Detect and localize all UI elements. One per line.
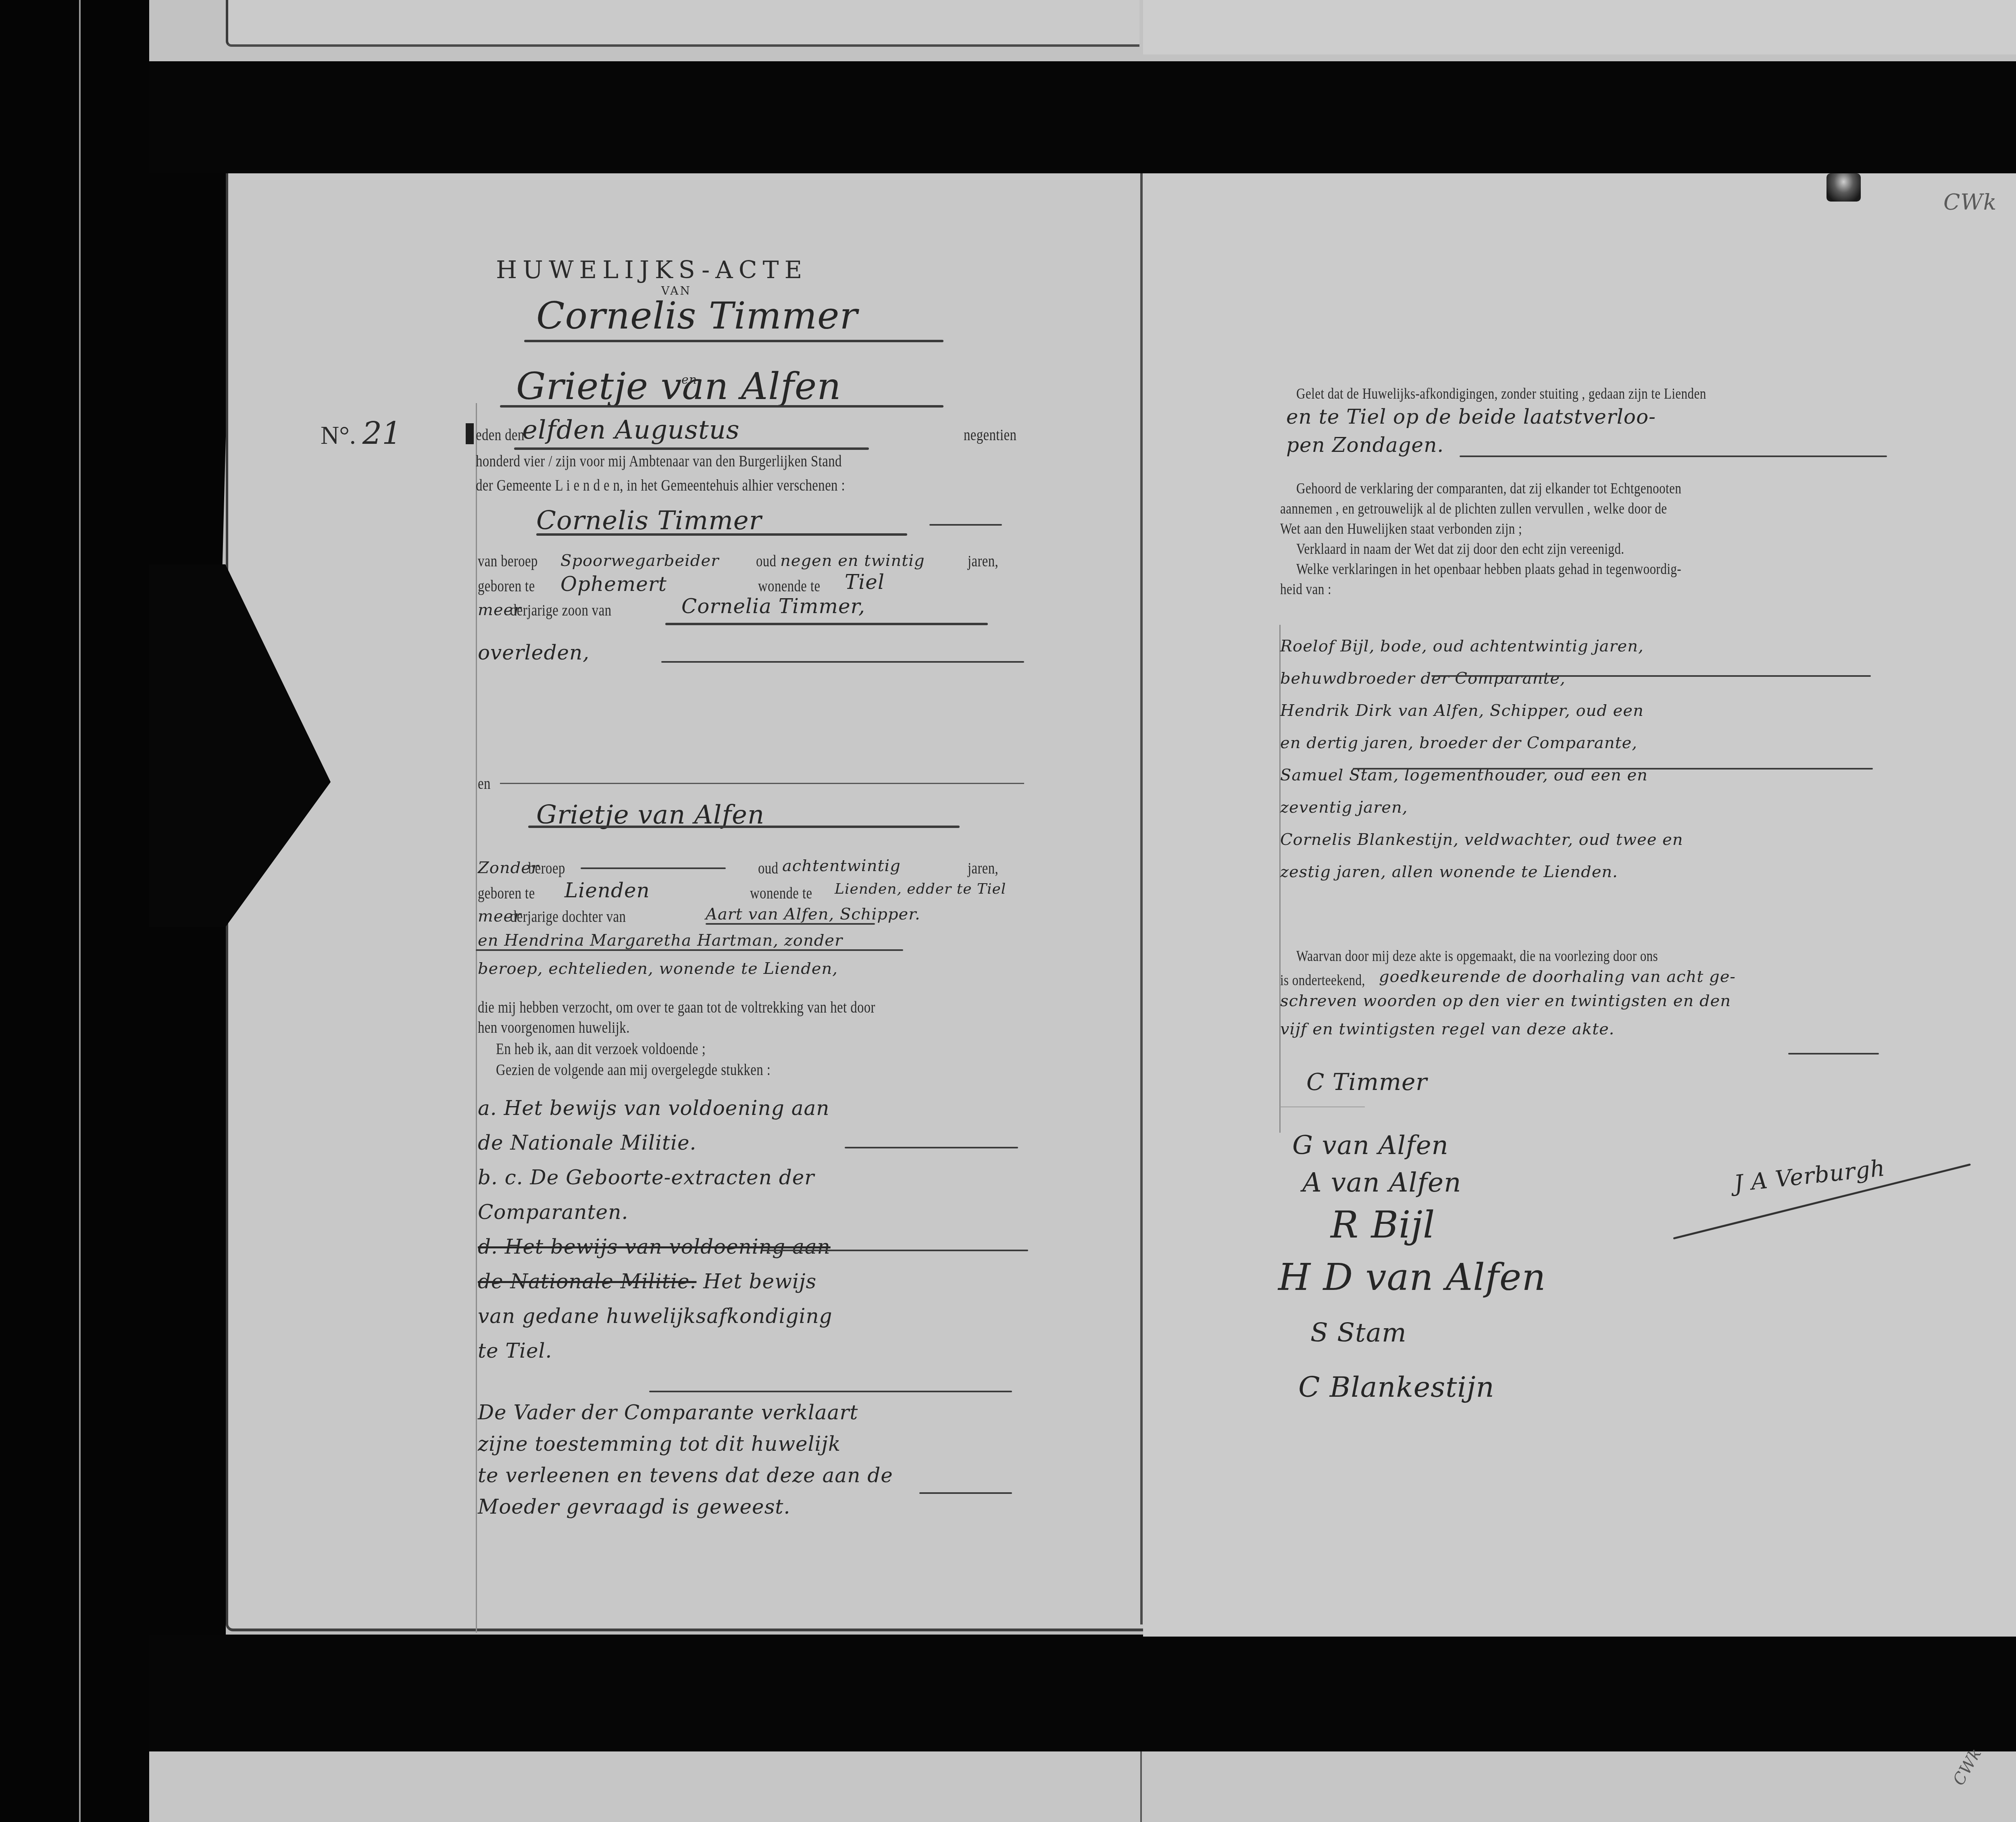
- groom-age-suffix: jaren,: [968, 551, 998, 570]
- witness-rule-1: [1431, 675, 1871, 677]
- doc-line-rule-3: [649, 1391, 1012, 1392]
- declaration-line: Verklaard in naam der Wet dat zij door d…: [1296, 540, 1624, 558]
- struck-text: de Nationale Militie.: [478, 1270, 696, 1293]
- groom-birthplace: Ophemert: [560, 572, 667, 596]
- witness-rule-2: [1353, 768, 1873, 770]
- signature-groom: C Timmer: [1306, 1068, 1427, 1096]
- document-text: de Nationale Militie.: [478, 1131, 696, 1154]
- en-label-line: [500, 783, 1024, 784]
- struck-text: d. Het bewijs van voldoening aan: [478, 1235, 831, 1258]
- signature-father: A van Alfen: [1302, 1167, 1462, 1198]
- register-number: N°. 21: [321, 415, 402, 451]
- witness-line: Roelof Bijl, bode, oud achtentwintig jar…: [1280, 637, 1644, 655]
- bride-father-underline: [706, 923, 875, 925]
- documents-intro: Gezien de volgende aan mij overgelegde s…: [496, 1060, 771, 1079]
- corner-initials: CWk: [1943, 189, 1997, 215]
- groom-son-label: derjarige zoon van: [510, 601, 611, 620]
- document-text: te Tiel.: [478, 1339, 552, 1362]
- bride-name-underline: [528, 826, 960, 828]
- document-text: van gedane huwelijksafkondiging: [478, 1304, 833, 1328]
- banns-hand-line2: pen Zondagen.: [1286, 433, 1444, 457]
- document-item: te Tiel.: [478, 1339, 552, 1362]
- groom-residing-label: wonende te: [758, 576, 820, 595]
- bride-age-label: oud: [758, 859, 778, 878]
- groom-residence: Tiel: [845, 570, 885, 594]
- adjacent-frame-top-right-page: [1143, 0, 2016, 54]
- left-page-margin-rule: [476, 403, 477, 1633]
- bride-residing-label: wonende te: [750, 884, 812, 903]
- marriage-date: elfden Augustus: [522, 415, 740, 445]
- intro-line3: der Gemeente L i e n d e n, in het Gemee…: [476, 476, 845, 495]
- witness-line: behuwdbroeder der Comparante,: [1280, 669, 1566, 688]
- bride-daughter-label: derjarige dochter van: [510, 907, 626, 926]
- binding-clip: [1826, 173, 1861, 202]
- groom-parent-underline: [665, 623, 988, 625]
- consent-line: te verleenen en tevens dat deze aan de: [478, 1464, 893, 1487]
- declaration-line: Welke verklaringen in het openbaar hebbe…: [1296, 560, 1681, 578]
- document-item: d. Het bewijs van voldoening aan: [478, 1235, 831, 1258]
- bride-mother-underline: [476, 949, 903, 951]
- bride-age-suffix: jaren,: [968, 859, 998, 878]
- request-line1: die mij hebben verzocht, om over te gaan…: [478, 998, 875, 1017]
- film-gap-top: [149, 61, 2016, 173]
- bride-heading-underline: [500, 405, 943, 408]
- signature-witness-stam: S Stam: [1310, 1318, 1407, 1348]
- bride-mother-line2: beroep, echtelieden, wonende te Lienden,: [478, 959, 838, 978]
- closing-line1: Waarvan door mij deze akte is opgemaakt,…: [1296, 947, 1658, 965]
- intro-line1-prefix: eden den: [476, 425, 525, 444]
- bride-residence: Lienden, edder te Tiel: [835, 881, 1006, 897]
- closing-line: vijf en twintigsten regel van deze akte.: [1280, 1020, 1614, 1038]
- document-item: de Nationale Militie. Het bewijs: [478, 1270, 816, 1293]
- groom-age-label: oud: [756, 551, 776, 570]
- document-item: van gedane huwelijksafkondiging: [478, 1304, 833, 1328]
- signature-bride: G van Alfen: [1292, 1131, 1449, 1161]
- document-text: Het bewijs: [696, 1270, 816, 1293]
- document-text: b. c. De Geboorte-extracten der: [478, 1166, 814, 1189]
- declaration-line: Gehoord de verklaring der comparanten, d…: [1296, 480, 1681, 497]
- adjacent-frame-bottom-fold: [1140, 1751, 1142, 1822]
- declaration-line: aannemen , en getrouwelijk al de plichte…: [1280, 500, 1667, 518]
- document-item: Comparanten.: [478, 1200, 628, 1224]
- witness-line: en dertig jaren, broeder der Comparante,: [1280, 734, 1637, 752]
- bride-heading: Grietje van Alfen: [516, 365, 841, 408]
- groom-heading-underline: [524, 340, 943, 342]
- signature-groom-line: [1280, 1107, 1365, 1107]
- document-item: b. c. De Geboorte-extracten der: [478, 1166, 814, 1189]
- bride-father: Aart van Alfen, Schipper.: [706, 905, 921, 923]
- bride-mother-line1: en Hendrina Margaretha Hartman, zonder: [478, 931, 843, 950]
- document-text: a. Het bewijs van voldoening aan: [478, 1096, 830, 1120]
- groom-name-underline: [536, 533, 907, 536]
- groom-name: Cornelis Timmer: [536, 506, 762, 536]
- groom-heading: Cornelis Timmer: [536, 294, 858, 337]
- groom-parent: Cornelia Timmer,: [681, 595, 865, 618]
- witness-line: Hendrik Dirk van Alfen, Schipper, oud ee…: [1280, 701, 1644, 720]
- witness-line: Cornelis Blankestijn, veldwachter, oud t…: [1280, 830, 1683, 849]
- bride-born-label: geboren te: [478, 884, 535, 903]
- groom-occupation-label: van beroep: [478, 551, 538, 570]
- groom-parent-status: overleden,: [478, 641, 589, 664]
- act-title: HUWELIJKS-ACTE: [496, 256, 808, 284]
- groom-parent-status-line: [661, 661, 1024, 663]
- bride-occupation-label: beroep: [528, 859, 565, 878]
- intro-line1-suffix: negentien: [964, 425, 1016, 444]
- film-strip-left-edge: [0, 0, 149, 1822]
- groom-name-tail: [929, 524, 1002, 526]
- intro-line2: honderd vier / zijn voor mij Ambtenaar v…: [476, 451, 842, 470]
- document-item: de Nationale Militie.: [478, 1131, 696, 1154]
- consent-line: De Vader der Comparante verklaart: [478, 1401, 858, 1424]
- banns-end-rule: [1460, 455, 1887, 457]
- marriage-date-underline: [514, 447, 869, 450]
- en-label: en: [478, 774, 491, 793]
- declaration-line: heid van :: [1280, 580, 1331, 598]
- film-gap-bottom: [149, 1635, 2016, 1751]
- declaration-line: Wet aan den Huwelijken staat verbonden z…: [1280, 520, 1522, 538]
- register-number-value: 21: [362, 415, 402, 451]
- adjacent-frame-top-left-page: [226, 0, 1139, 47]
- doc-line-rule-1: [845, 1147, 1018, 1148]
- bride-age: achtentwintig: [782, 857, 901, 875]
- consent-end-rule: [919, 1492, 1012, 1494]
- signature-witness-van-alfen: H D van Alfen: [1278, 1256, 1546, 1299]
- adjacent-frame-bottom: [149, 1751, 2016, 1822]
- bride-birthplace: Lienden: [564, 879, 650, 902]
- consent-line: Moeder gevraagd is geweest.: [478, 1495, 790, 1518]
- witness-line: zeventig jaren,: [1280, 798, 1408, 817]
- document-text: Comparanten.: [478, 1200, 628, 1224]
- signature-witness-blankestijn: C Blankestijn: [1298, 1371, 1495, 1404]
- signature-witness-bijl: R Bijl: [1331, 1203, 1435, 1246]
- groom-born-label: geboren te: [478, 576, 535, 595]
- closing-line2-hand: goedkeurende de doorhaling van acht ge-: [1379, 967, 1736, 986]
- groom-occupation: Spoorwegarbeider: [560, 551, 719, 570]
- closing-line2-print: is onderteekend,: [1280, 971, 1365, 989]
- doc-line-rule-2: [762, 1250, 1028, 1251]
- groom-age: negen en twintig: [780, 551, 925, 570]
- banns-hand-line1: en te Tiel op de beide laatstverloo-: [1286, 405, 1656, 428]
- document-item: a. Het bewijs van voldoening aan: [478, 1096, 830, 1120]
- banns-line1: Gelet dat de Huwelijks-afkondigingen, zo…: [1296, 385, 1706, 403]
- bride-occupation-line: [581, 867, 726, 869]
- witness-line: zestig jaren, allen wonende te Lienden.: [1280, 863, 1618, 881]
- closing-end-rule: [1788, 1053, 1879, 1055]
- dropcap-h: [466, 423, 474, 444]
- consent-line: zijne toestemming tot dit huwelijk: [478, 1432, 841, 1456]
- sufficient-line: En heb ik, aan dit verzoek voldoende ;: [496, 1039, 706, 1058]
- register-number-label: N°.: [321, 421, 356, 449]
- film-edge-line: [79, 0, 81, 1822]
- request-line2: hen voorgenomen huwelijk.: [478, 1018, 630, 1037]
- closing-line: schreven woorden op den vier en twintigs…: [1280, 992, 1731, 1010]
- page-fold: [1140, 173, 1143, 1624]
